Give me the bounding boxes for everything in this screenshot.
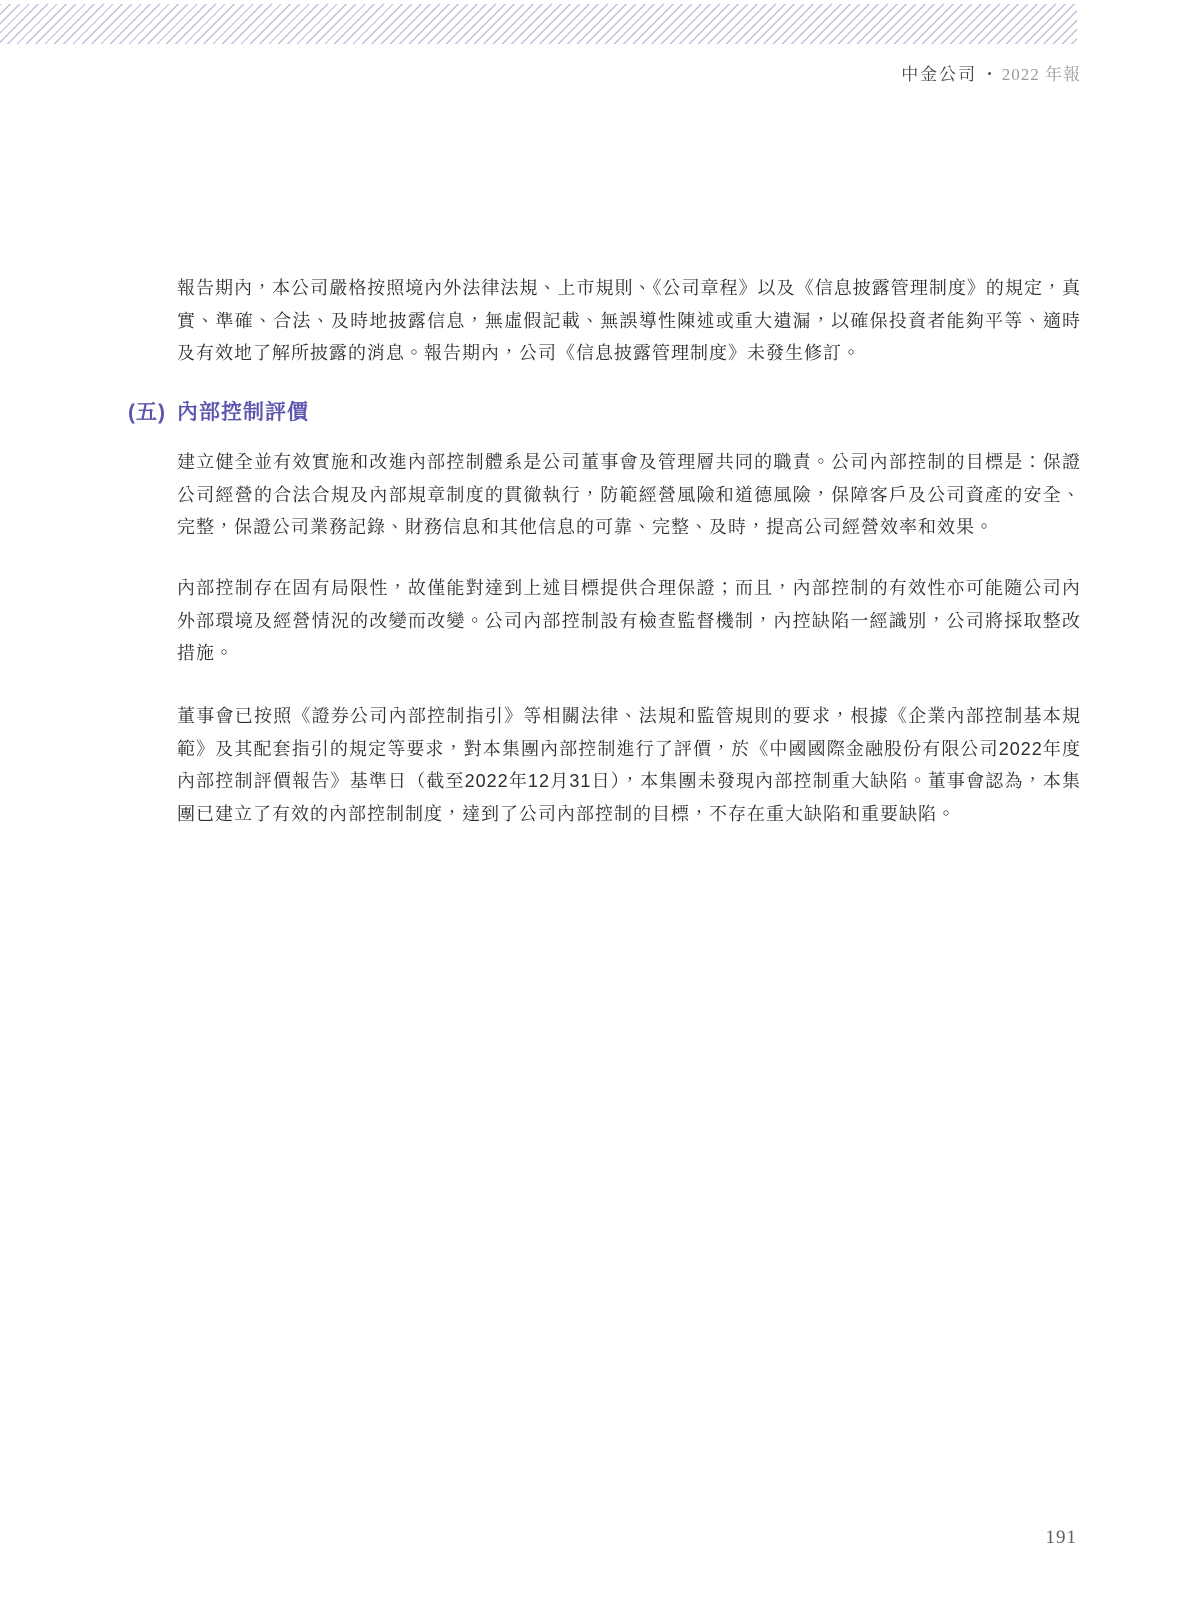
body-paragraph: 報告期內，本公司嚴格按照境內外法律法規、上市規則、《公司章程》以及《信息披露管理… <box>177 272 1081 370</box>
section-heading-block: (五) 內部控制評價 <box>128 398 1081 428</box>
paragraph-block-2: 內部控制存在固有局限性，故僅能對達到上述目標提供合理保證；而且，內部控制的有效性… <box>128 572 1081 670</box>
section-heading-title: 內部控制評價 <box>177 398 309 428</box>
running-header: 中金公司•2022 年報 <box>901 62 1081 87</box>
paragraph-block-3: 董事會已按照《證券公司內部控制指引》等相關法律、法規和監管規則的要求，根據《企業… <box>128 700 1081 830</box>
decorative-hatch-band <box>0 4 1077 44</box>
page-number: 191 <box>1046 1527 1078 1549</box>
body-paragraph: 內部控制存在固有局限性，故僅能對達到上述目標提供合理保證；而且，內部控制的有效性… <box>177 572 1081 670</box>
header-edition: 2022 年報 <box>1002 65 1081 84</box>
intro-paragraph-block: 報告期內，本公司嚴格按照境內外法律法規、上市規則、《公司章程》以及《信息披露管理… <box>128 272 1081 370</box>
header-separator-dot: • <box>987 66 992 81</box>
body-paragraph: 董事會已按照《證券公司內部控制指引》等相關法律、法規和監管規則的要求，根據《企業… <box>177 700 1081 830</box>
body-paragraph: 建立健全並有效實施和改進內部控制體系是公司董事會及管理層共同的職責。公司內部控制… <box>177 446 1081 544</box>
paragraph-block-1: 建立健全並有效實施和改進內部控制體系是公司董事會及管理層共同的職責。公司內部控制… <box>128 446 1081 544</box>
header-brand: 中金公司 <box>901 65 977 84</box>
section-heading: (五) 內部控制評價 <box>128 398 1081 428</box>
section-heading-number: (五) <box>128 398 177 428</box>
report-page: 中金公司•2022 年報 報告期內，本公司嚴格按照境內外法律法規、上市規則、《公… <box>0 0 1190 1615</box>
